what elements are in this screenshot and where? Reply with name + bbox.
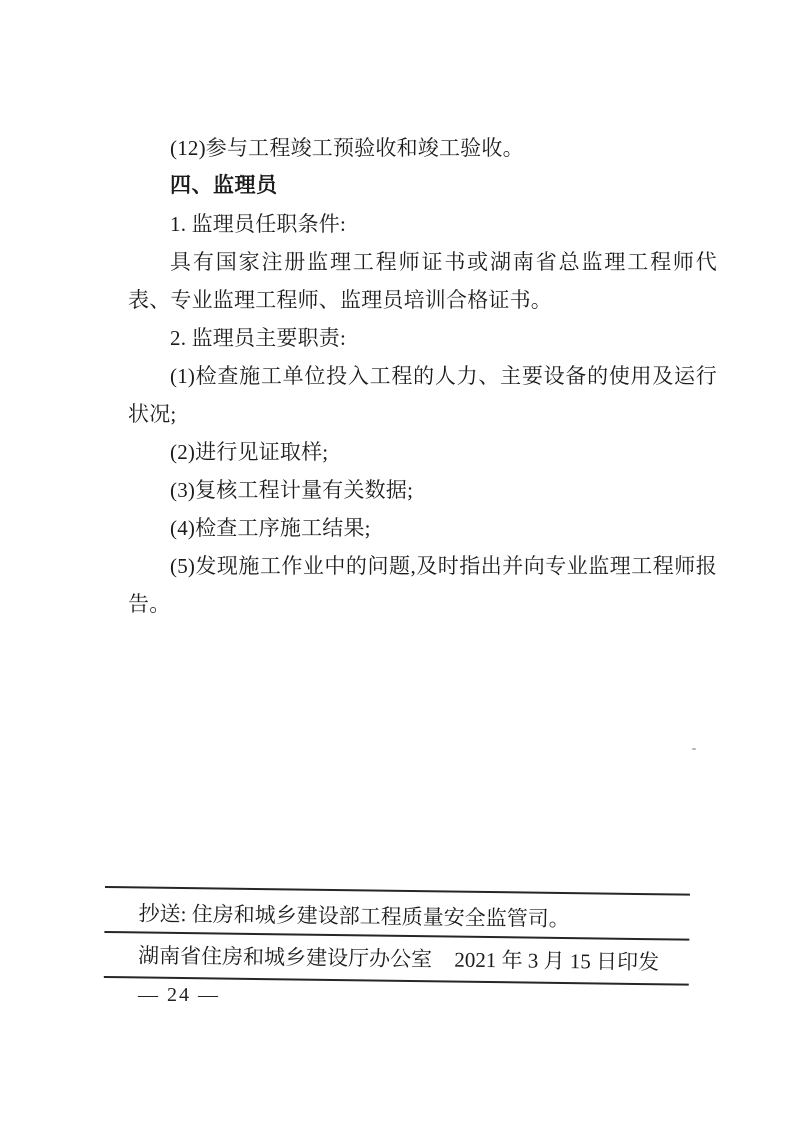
document-footer: 抄送: 住房和城乡建设部工程质量安全监管司。 湖南省住房和城乡建设厅办公室 20…: [104, 886, 690, 986]
document-paragraph: (4)检查工序施工结果;: [128, 509, 717, 547]
document-paragraph: (12)参与工程竣工预验收和竣工验收。: [128, 129, 717, 167]
document-paragraph: (1)检查施工单位投入工程的人力、主要设备的使用及运行状况;: [128, 357, 717, 433]
issuing-office: 湖南省住房和城乡建设厅办公室: [138, 942, 432, 972]
document-paragraph: (5)发现施工作业中的问题,及时指出并向专业监理工程师报告。: [128, 547, 717, 623]
document-paragraph: 2. 监理员主要职责:: [128, 319, 717, 357]
document-page: (12)参与工程竣工预验收和竣工验收。 四、监理员 1. 监理员任职条件: 具有…: [0, 0, 793, 1122]
document-body: (12)参与工程竣工预验收和竣工验收。 四、监理员 1. 监理员任职条件: 具有…: [128, 129, 717, 623]
issue-date: 2021 年 3 月 15 日印发: [454, 947, 659, 976]
section-heading: 四、监理员: [128, 167, 717, 205]
page-number: — 24 —: [138, 984, 220, 1007]
scan-artifact: [692, 748, 696, 750]
document-paragraph: (2)进行见证取样;: [128, 433, 717, 471]
document-paragraph: 1. 监理员任职条件:: [128, 205, 717, 243]
document-paragraph: 具有国家注册监理工程师证书或湖南省总监理工程师代表、专业监理工程师、监理员培训合…: [128, 243, 717, 319]
issue-row: 湖南省住房和城乡建设厅办公室 2021 年 3 月 15 日印发: [104, 933, 690, 984]
cc-line: 抄送: 住房和城乡建设部工程质量安全监管司。: [104, 888, 690, 939]
document-paragraph: (3)复核工程计量有关数据;: [128, 471, 717, 509]
